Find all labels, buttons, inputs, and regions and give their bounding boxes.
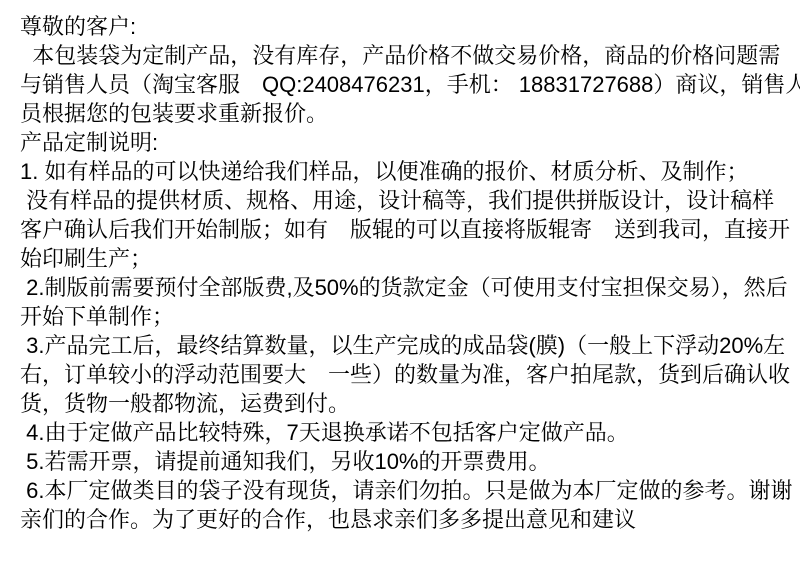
- item-4-line-1: 4.由于定做产品比较特殊，7天退换承诺不包括客户定做产品。: [20, 418, 794, 447]
- customer-notice-document: 尊敬的客户: 本包装袋为定制产品，没有库存，产品价格不做交易价格，商品的价格问题…: [0, 0, 800, 567]
- intro-line-3: 员根据您的包装要求重新报价。: [20, 99, 794, 128]
- item-3-line-2: 右，订单较小的浮动范围要大 一些）的数量为准，客户拍尾款，货到后确认收: [20, 360, 794, 389]
- salutation-line: 尊敬的客户:: [20, 12, 794, 41]
- intro-line-1: 本包装袋为定制产品，没有库存，产品价格不做交易价格，商品的价格问题需: [20, 41, 794, 70]
- intro-line-2: 与销售人员（淘宝客服 QQ:2408476231，手机： 18831727688…: [20, 70, 794, 99]
- item-5-line-1: 5.若需开票，请提前通知我们，另收10%的开票费用。: [20, 447, 794, 476]
- section-heading-line: 产品定制说明:: [20, 128, 794, 157]
- item-2-line-2: 开始下单制作；: [20, 302, 794, 331]
- item-6-line-2: 亲们的合作。为了更好的合作，也恳求亲们多多提出意见和建议: [20, 505, 794, 534]
- item-3-line-3: 货，货物一般都物流，运费到付。: [20, 389, 794, 418]
- item-1-line-3: 客户确认后我们开始制版；如有 版辊的可以直接将版辊寄 送到我司，直接开: [20, 215, 794, 244]
- item-6-line-1: 6.本厂定做类目的袋子没有现货，请亲们勿拍。只是做为本厂定做的参考。谢谢: [20, 476, 794, 505]
- item-1-line-4: 始印刷生产；: [20, 244, 794, 273]
- item-1-line-2: 没有样品的提供材质、规格、用途，设计稿等，我们提供拼版设计，设计稿样: [20, 186, 794, 215]
- item-3-line-1: 3.产品完工后，最终结算数量，以生产完成的成品袋(膜)（一般上下浮动20%左: [20, 331, 794, 360]
- item-1-line-1: 1. 如有样品的可以快递给我们样品，以便准确的报价、材质分析、及制作；: [20, 157, 794, 186]
- item-2-line-1: 2.制版前需要预付全部版费,及50%的货款定金（可使用支付宝担保交易），然后: [20, 273, 794, 302]
